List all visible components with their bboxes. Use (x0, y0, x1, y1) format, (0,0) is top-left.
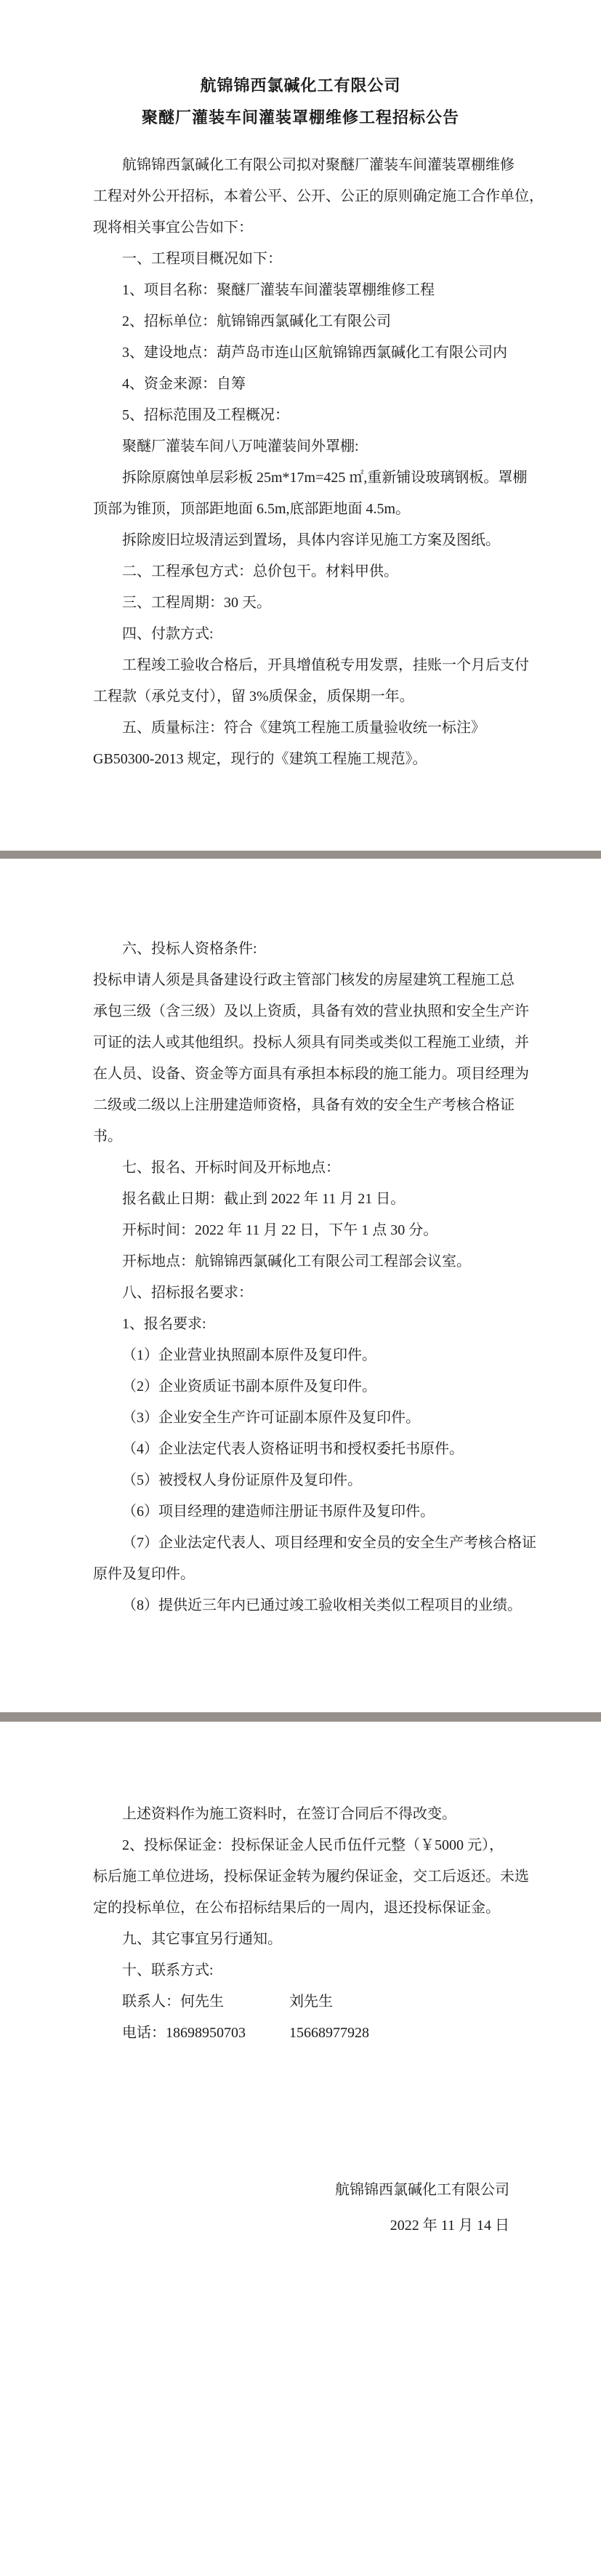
list-item: （7）企业法定代表人、项目经理和安全员的安全生产考核合格证 (93, 1528, 518, 1559)
text-line: 4、资金来源：自筹 (93, 369, 518, 400)
section-heading: 八、招标报名要求： (93, 1277, 518, 1309)
text-line: 工程款（承兑支付），留 3%质保金，质保期一年。 (93, 681, 518, 713)
list-item: （2）企业资质证书副本原件及复印件。 (93, 1371, 518, 1403)
section-heading: 一、工程项目概况如下： (93, 244, 518, 275)
contact-person-line: 联系人：何先生 刘先生 (93, 1986, 518, 2018)
text-line: 拆除原腐蚀单层彩板 25m*17m=425 ㎡,重新铺设玻璃钢板。罩棚 (93, 462, 518, 494)
text-line: 开标地点：航锦锦西氯碱化工有限公司工程部会议室。 (93, 1246, 518, 1277)
text-line: 标后施工单位进场，投标保证金转为履约保证金，交工后返还。未选 (93, 1861, 518, 1893)
text-line: 承包三级（含三级）及以上资质，具备有效的营业执照和安全生产许 (93, 996, 518, 1027)
text-line: 1、项目名称：聚醚厂灌装车间灌装罩棚维修工程 (93, 275, 518, 306)
text-line: 聚醚厂灌装车间八万吨灌装间外罩棚: (93, 431, 518, 462)
section-heading: 四、付款方式: (93, 619, 518, 650)
list-item: （4）企业法定代表人资格证明书和授权委托书原件。 (93, 1434, 518, 1465)
section-heading: 六、投标人资格条件: (93, 934, 518, 965)
document-title: 航锦锦西氯碱化工有限公司 (0, 70, 601, 102)
text-line: 二级或二级以上注册建造师资格，具备有效的安全生产考核合格证 (93, 1090, 518, 1121)
text-line: 可证的法人或其他组织。投标人须具有同类或类似工程施工业绩，并 (93, 1027, 518, 1059)
text-line: 报名截止日期：截止到 2022 年 11 月 21 日。 (93, 1184, 518, 1215)
text-line: GB50300-2013 规定，现行的《建筑工程施工规范》。 (93, 744, 518, 775)
text-line: 现将相关事宜公告如下： (93, 212, 518, 244)
page-2-body: 六、投标人资格条件: 投标申请人须是具备建设行政主管部门核发的房屋建筑工程施工总… (93, 934, 518, 1621)
list-item: （3）企业安全生产许可证副本原件及复印件。 (93, 1403, 518, 1434)
text-line: 拆除废旧垃圾清运到置场，具体内容详见施工方案及图纸。 (93, 525, 518, 556)
text-line: 3、建设地点：葫芦岛市连山区航锦锦西氯碱化工有限公司内 (93, 337, 518, 369)
text-line: 顶部为锥顶，顶部距地面 6.5m,底部距地面 4.5m。 (93, 494, 518, 525)
list-item: （8）提供近三年内已通过竣工验收相关类似工程项目的业绩。 (93, 1590, 518, 1621)
text-line: 2、招标单位：航锦锦西氯碱化工有限公司 (93, 306, 518, 337)
section-heading: 九、其它事宜另行通知。 (93, 1924, 518, 1955)
signature-block: 航锦锦西氯碱化工有限公司 2022 年 11 月 14 日 (93, 2172, 518, 2244)
tender-announcement-document: 航锦锦西氯碱化工有限公司 聚醚厂灌装车间灌装罩棚维修工程招标公告 航锦锦西氯碱化… (0, 0, 601, 2576)
page-3: 上述资料作为施工资料时，在签订合同后不得改变。 2、投标保证金：投标保证金人民币… (0, 1722, 601, 2576)
text-line: 开标时间：2022 年 11 月 22 日，下午 1 点 30 分。 (93, 1215, 518, 1246)
section-heading: 五、质量标注：符合《建筑工程施工质量验收统一标注》 (93, 713, 518, 744)
contact-phone-line: 电话：18698950703 15668977928 (93, 2018, 518, 2049)
page-3-body: 上述资料作为施工资料时，在签订合同后不得改变。 2、投标保证金：投标保证金人民币… (93, 1799, 518, 2244)
list-item: （5）被授权人身份证原件及复印件。 (93, 1465, 518, 1496)
page-break-divider (0, 1712, 601, 1722)
page-break-divider (0, 851, 601, 859)
section-heading: 三、工程周期：30 天。 (93, 587, 518, 619)
text-line: 1、报名要求: (93, 1309, 518, 1340)
section-heading: 七、报名、开标时间及开标地点： (93, 1152, 518, 1184)
page-1: 航锦锦西氯碱化工有限公司 聚醚厂灌装车间灌装罩棚维修工程招标公告 航锦锦西氯碱化… (0, 0, 601, 851)
signature-company: 航锦锦西氯碱化工有限公司 (93, 2172, 509, 2208)
text-line: 上述资料作为施工资料时，在签订合同后不得改变。 (93, 1799, 518, 1830)
document-header: 航锦锦西氯碱化工有限公司 聚醚厂灌装车间灌装罩棚维修工程招标公告 (0, 0, 601, 134)
text-line: 原件及复印件。 (93, 1559, 518, 1590)
section-heading: 十、联系方式: (93, 1955, 518, 1986)
signature-date: 2022 年 11 月 14 日 (93, 2208, 509, 2244)
page-1-body: 航锦锦西氯碱化工有限公司拟对聚醚厂灌装车间灌装罩棚维修 工程对外公开招标，本着公… (93, 150, 518, 775)
document-subtitle: 聚醚厂灌装车间灌装罩棚维修工程招标公告 (0, 102, 601, 134)
page-2: 六、投标人资格条件: 投标申请人须是具备建设行政主管部门核发的房屋建筑工程施工总… (0, 859, 601, 1712)
text-line: 定的投标单位，在公布招标结果后的一周内，退还投标保证金。 (93, 1893, 518, 1924)
list-item: （6）项目经理的建造师注册证书原件及复印件。 (93, 1496, 518, 1528)
text-line: 投标申请人须是具备建设行政主管部门核发的房屋建筑工程施工总 (93, 965, 518, 996)
text-line: 2、投标保证金：投标保证金人民币伍仟元整（￥5000 元）， (93, 1830, 518, 1861)
text-line: 5、招标范围及工程概况： (93, 400, 518, 431)
text-line: 在人员、设备、资金等方面具有承担本标段的施工能力。项目经理为 (93, 1059, 518, 1090)
text-line: 工程对外公开招标，本着公平、公开、公正的原则确定施工合作单位， (93, 181, 518, 212)
text-line: 航锦锦西氯碱化工有限公司拟对聚醚厂灌装车间灌装罩棚维修 (93, 150, 518, 181)
list-item: （1）企业营业执照副本原件及复印件。 (93, 1340, 518, 1371)
section-heading: 二、工程承包方式：总价包干。材料甲供。 (93, 556, 518, 587)
text-line: 工程竣工验收合格后，开具增值税专用发票，挂账一个月后支付 (93, 650, 518, 681)
text-line: 书。 (93, 1121, 518, 1152)
